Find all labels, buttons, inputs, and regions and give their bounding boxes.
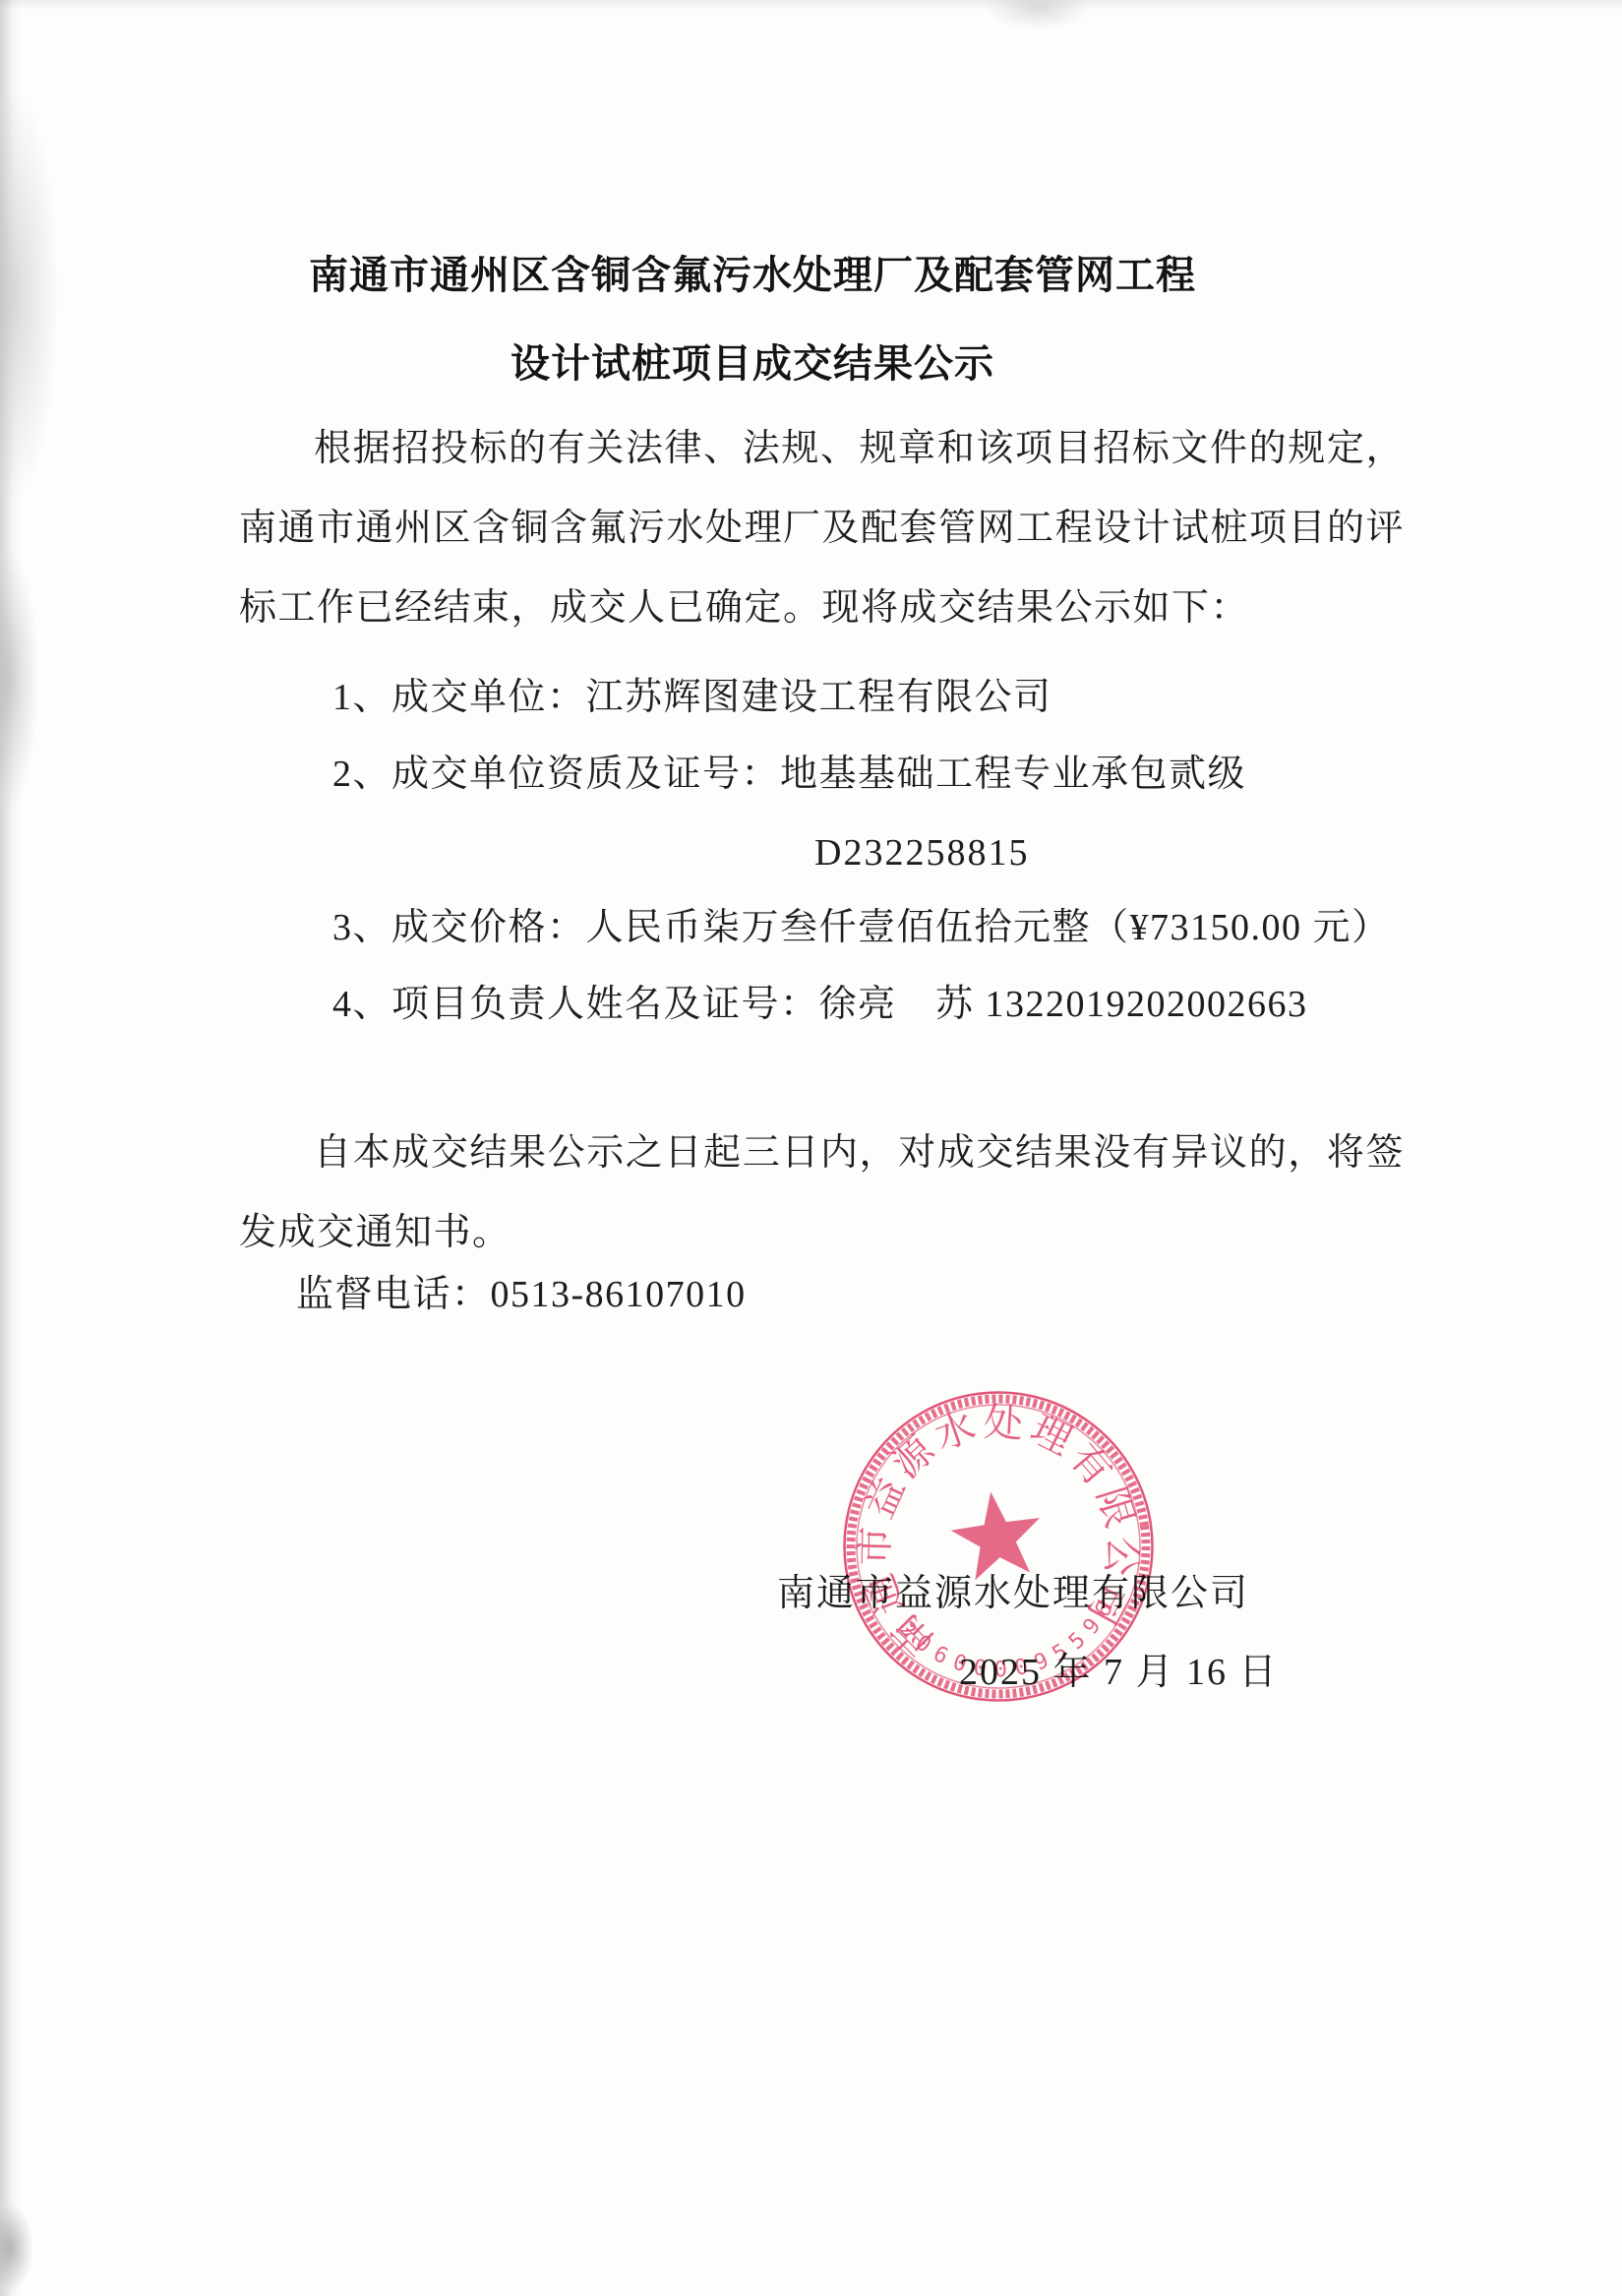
scan-artifact — [0, 2204, 33, 2292]
scanned-document-page: 南通市通州区含铜含氟污水处理厂及配套管网工程 设计试桩项目成交结果公示 根据招投… — [0, 0, 1622, 2296]
scan-artifact — [0, 551, 39, 807]
supervision-phone: 监督电话：0513-86107010 — [239, 1270, 1462, 1320]
result-item-qualification: 2、成交单位资质及证号：地基基础工程专业承包贰级 — [239, 750, 1498, 800]
document-title-line2: 设计试桩项目成交结果公示 — [148, 332, 1357, 389]
scan-artifact — [0, 89, 59, 502]
scan-artifact — [984, 0, 1092, 30]
document-title-line1: 南通市通州区含铜含氟污水处理厂及配套管网工程 — [148, 244, 1357, 300]
notice-paragraph: 自本成交结果公示之日起三日内，对成交结果没有异议的，将签发成交通知书。 — [239, 1114, 1405, 1273]
seal-serial-number: 206000095596 — [892, 1588, 1131, 1697]
intro-paragraph: 根据招投标的有关法律、法规、规章和该项目招标文件的规定，南通市通州区含铜含氟污水… — [239, 409, 1405, 648]
result-item-winner: 1、成交单位：江苏辉图建设工程有限公司 — [239, 673, 1498, 723]
result-item-manager: 4、项目负责人姓名及证号：徐亮 苏 1322019202002663 — [239, 980, 1498, 1030]
company-seal: 南通市益源水处理有限公司 206000095596 — [810, 1358, 1187, 1735]
seal-star-icon — [946, 1485, 1048, 1583]
certificate-number: D232258815 — [239, 828, 1622, 878]
scan-artifact — [0, 0, 1622, 10]
result-item-price: 3、成交价格：人民币柒万叁仟壹佰伍拾元整（¥73150.00 元） — [239, 903, 1498, 953]
